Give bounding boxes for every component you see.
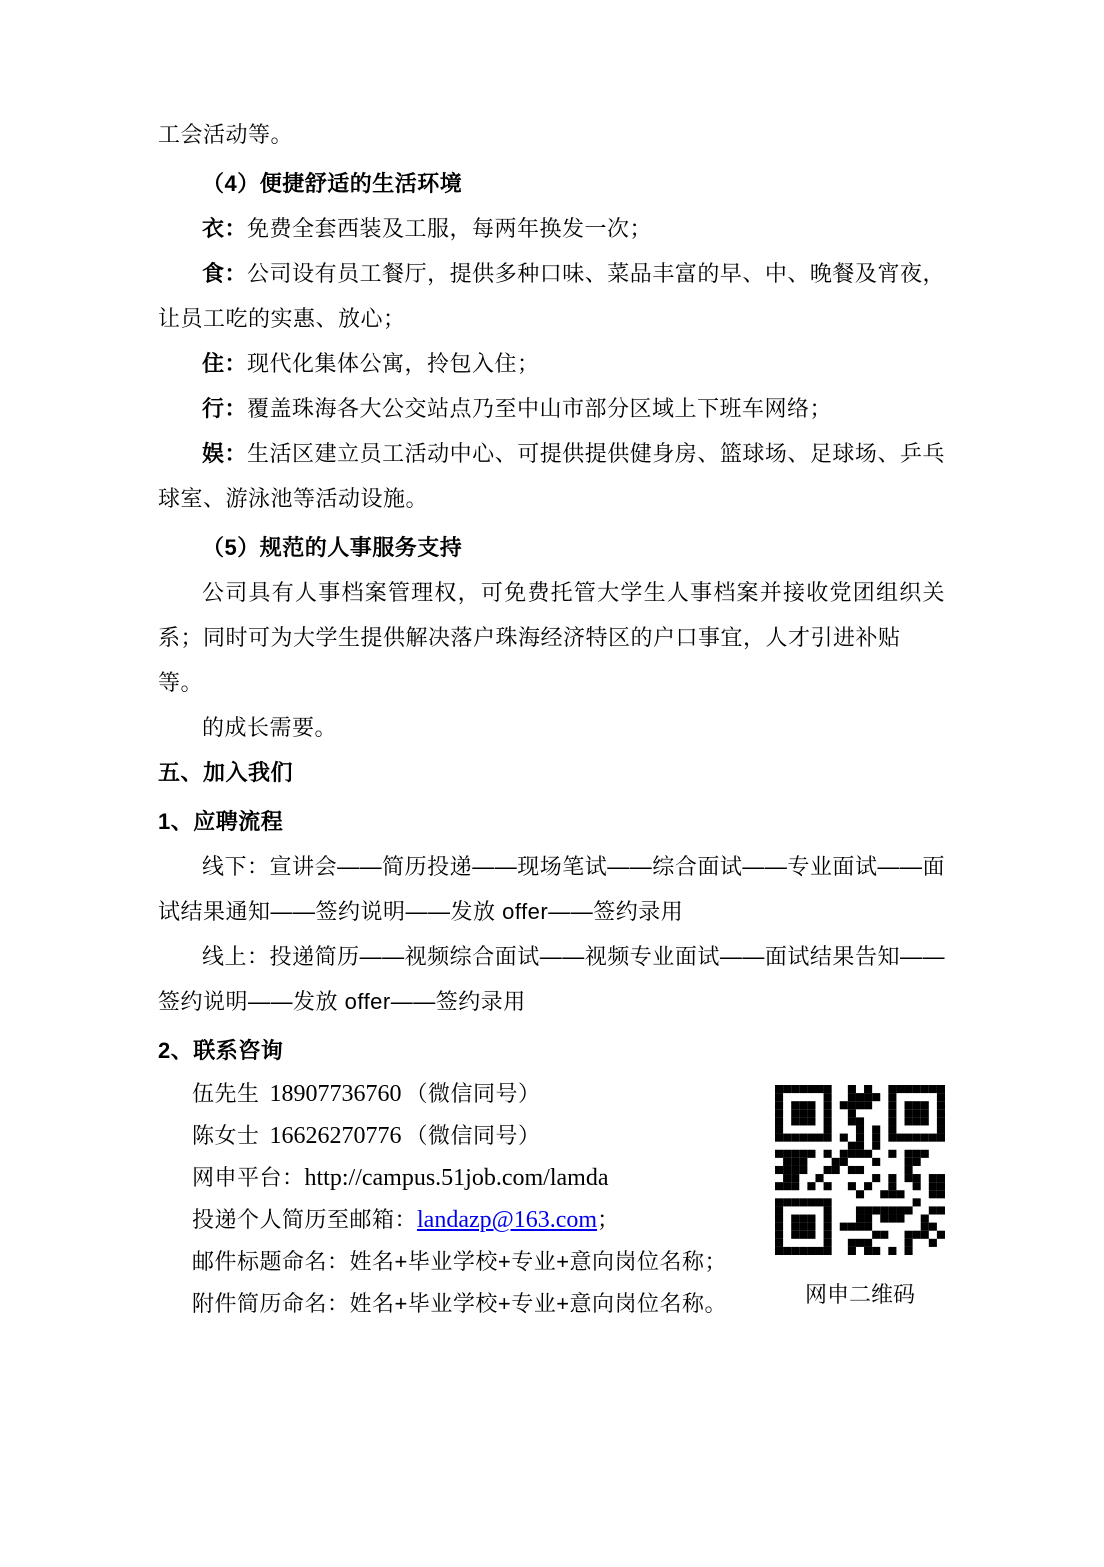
heading-join-us: 五、加入我们	[158, 750, 945, 795]
contact-person-1-name: 伍先生	[192, 1081, 260, 1106]
heading-section-5: （5）规范的人事服务支持	[158, 525, 945, 570]
email-line: 投递个人简历至邮箱：landazp@163.com；	[158, 1199, 765, 1241]
line-union-activities: 工会活动等。	[158, 112, 945, 157]
email-subject-rule: 邮件标题命名：姓名+毕业学校+专业+意向岗位名称；	[158, 1241, 765, 1283]
item-housing-text: 现代化集体公寓，拎包入住；	[247, 351, 540, 376]
item-food-line1: 食：公司设有员工餐厅，提供多种口味、菜品丰富的早、中、晚餐及宵夜，	[158, 251, 945, 296]
contact-person-1-note: （微信同号）	[406, 1081, 541, 1106]
qr-column: 网申二维码	[765, 1073, 945, 1325]
qr-code-image	[775, 1085, 945, 1255]
email-label: 投递个人简历至邮箱：	[192, 1207, 417, 1232]
portal-line: 网申平台：http://campus.51job.com/lamda	[158, 1157, 765, 1199]
qr-caption: 网申二维码	[775, 1281, 945, 1309]
email-link[interactable]: landazp@163.com	[417, 1207, 597, 1233]
offline-process-line2: 试结果通知——签约说明——发放 offer——签约录用	[158, 889, 945, 934]
item-food-text1: 公司设有员工餐厅，提供多种口味、菜品丰富的早、中、晚餐及宵夜，	[247, 261, 945, 286]
item-entertainment-line1: 娱：生活区建立员工活动中心、可提供提供健身房、篮球场、足球场、乒乓	[158, 431, 945, 476]
item-transport: 行：覆盖珠海各大公交站点乃至中山市部分区域上下班车网络；	[158, 386, 945, 431]
item-transport-text: 覆盖珠海各大公交站点乃至中山市部分区域上下班车网络；	[247, 396, 832, 421]
contact-lines: 伍先生18907736760（微信同号） 陈女士16626270776（微信同号…	[158, 1073, 765, 1325]
item-clothing-label: 衣：	[202, 216, 247, 241]
heading-contact: 2、联系咨询	[158, 1028, 945, 1073]
contact-person-1: 伍先生18907736760（微信同号）	[158, 1073, 765, 1115]
item-food-line2: 让员工吃的实惠、放心；	[158, 296, 945, 341]
attachment-name-rule: 附件简历命名：姓名+毕业学校+专业+意向岗位名称。	[158, 1283, 765, 1325]
item-housing: 住：现代化集体公寓，拎包入住；	[158, 341, 945, 386]
portal-url: http://campus.51job.com/lamda	[305, 1165, 609, 1191]
heading-recruit-process: 1、应聘流程	[158, 799, 945, 844]
contact-person-2-phone: 16626270776	[270, 1123, 402, 1149]
item-food-label: 食：	[202, 261, 247, 286]
item-housing-label: 住：	[202, 351, 247, 376]
hr-service-line2: 系；同时可为大学生提供解决落户珠海经济特区的户口事宜，人才引进补贴等。	[158, 615, 945, 705]
contact-section: 伍先生18907736760（微信同号） 陈女士16626270776（微信同号…	[158, 1073, 945, 1325]
item-clothing: 衣：免费全套西装及工服，每两年换发一次；	[158, 206, 945, 251]
portal-label: 网申平台：	[192, 1165, 305, 1190]
online-process-line2: 签约说明——发放 offer——签约录用	[158, 979, 945, 1024]
online-process-line1: 线上：投递简历——视频综合面试——视频专业面试——面试结果告知——	[158, 934, 945, 979]
heading-section-4: （4）便捷舒适的生活环境	[158, 161, 945, 206]
item-transport-label: 行：	[202, 396, 247, 421]
document-page: 工会活动等。 （4）便捷舒适的生活环境 衣：免费全套西装及工服，每两年换发一次；…	[0, 0, 1104, 1567]
item-entertainment-text1: 生活区建立员工活动中心、可提供提供健身房、篮球场、足球场、乒乓	[247, 441, 945, 466]
item-entertainment-label: 娱：	[202, 441, 247, 466]
item-clothing-text: 免费全套西装及工服，每两年换发一次；	[247, 216, 652, 241]
email-suffix: ；	[597, 1207, 620, 1232]
contact-person-1-phone: 18907736760	[270, 1081, 402, 1107]
hr-service-line1: 公司具有人事档案管理权，可免费托管大学生人事档案并接收党团组织关	[158, 570, 945, 615]
contact-person-2-note: （微信同号）	[406, 1123, 541, 1148]
contact-person-2: 陈女士16626270776（微信同号）	[158, 1115, 765, 1157]
offline-process-line1: 线下：宣讲会——简历投递——现场笔试——综合面试——专业面试——面	[158, 844, 945, 889]
document-content: 工会活动等。 （4）便捷舒适的生活环境 衣：免费全套西装及工服，每两年换发一次；…	[158, 112, 945, 1325]
leftover-growth-line: 的成长需要。	[158, 705, 945, 750]
item-entertainment-line2: 球室、游泳池等活动设施。	[158, 476, 945, 521]
contact-person-2-name: 陈女士	[192, 1123, 260, 1148]
